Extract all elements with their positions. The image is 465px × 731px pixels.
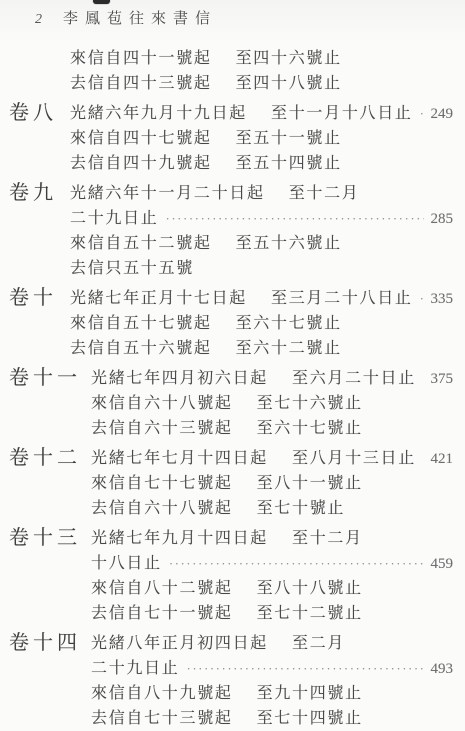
volume-label: 卷十 <box>9 286 57 311</box>
continuation-row: 二十九日止 ··································… <box>0 206 465 231</box>
entry-to-text: 至九十四號止 <box>257 681 363 706</box>
dot-leader: ······· <box>420 101 424 126</box>
scan-artifact <box>93 0 110 4</box>
date-range-end: 至八月十三日止 <box>292 446 416 471</box>
page-number: 375 <box>431 367 454 392</box>
volume-label: 卷十二 <box>9 446 81 471</box>
date-continuation-text: 二十九日止 <box>91 656 180 681</box>
entry-to-text: 至四十八號止 <box>236 71 342 96</box>
date-range-end: 至六月二十日止 <box>292 366 416 391</box>
detail-row: 來信自五十二號起 至五十六號止 <box>0 231 465 256</box>
date-range-start: 光緒七年四月初六日起 <box>91 366 268 391</box>
entry-to-text: 至八十一號止 <box>257 471 363 496</box>
volume-row: 卷十四 光緒八年正月初四日起 至二月 <box>0 631 465 656</box>
entry-to-text: 至六十二號止 <box>236 336 342 361</box>
detail-row: 來信自八十二號起 至八十八號止 <box>0 576 465 601</box>
volume-row: 卷十一 光緒七年四月初六日起 至六月二十日止 ······· 375 <box>0 366 465 391</box>
running-title: 李鳳苞往來書信 <box>63 7 217 28</box>
detail-row: 來信自四十七號起 至五十一號止 <box>0 126 465 151</box>
detail-row: 去信自五十六號起 至六十二號止 <box>0 336 465 361</box>
detail-row: 去信自四十九號起 至五十四號止 <box>0 151 465 176</box>
page-number: 493 <box>431 657 454 682</box>
entry-from-text: 去信自六十八號起 <box>91 496 233 521</box>
dot-leader: ······· <box>420 286 424 311</box>
detail-row: 去信自六十三號起 至六十七號止 <box>0 416 465 441</box>
scanned-toc-page: 2 李鳳苞往來書信 來信自四十一號起 至四十六號止 去信自四十三號起 至四十八號… <box>0 0 465 731</box>
continuation-row: 十八日止 ···································… <box>0 551 465 576</box>
entry-to-text: 至七十二號止 <box>257 601 363 626</box>
continuation-row: 二十九日止 ··································… <box>0 656 465 681</box>
date-range-end: 至三月二十八日止 <box>271 286 413 311</box>
volume-label: 卷十四 <box>9 631 81 656</box>
entry-from-text: 去信只五十五號 <box>70 256 194 281</box>
date-range-start: 光緒七年七月十四日起 <box>91 446 268 471</box>
entry-from-text: 去信自四十三號起 <box>70 71 212 96</box>
entry-to-text: 至七十四號止 <box>257 706 363 731</box>
entry-from-text: 去信自五十六號起 <box>70 336 212 361</box>
entry-from-text: 來信自八十九號起 <box>91 681 233 706</box>
dot-leader: ········································… <box>187 656 424 681</box>
entry-to-text: 至四十六號止 <box>236 46 342 71</box>
detail-row: 來信自八十九號起 至九十四號止 <box>0 681 465 706</box>
date-range-start: 光緒七年正月十七日起 <box>70 286 247 311</box>
volume-label: 卷九 <box>9 181 57 206</box>
entry-to-text: 至五十一號止 <box>236 126 342 151</box>
dot-leader: ······· <box>423 366 424 391</box>
entry-from-text: 來信自五十七號起 <box>70 311 212 336</box>
entry-from-text: 去信自七十三號起 <box>91 706 233 731</box>
page-number: 459 <box>431 552 454 577</box>
page-header: 2 李鳳苞往來書信 <box>0 7 465 29</box>
volume-row: 卷八 光緒六年九月十九日起 至十一月十八日止 ······· 249 <box>0 101 465 126</box>
entry-from-text: 來信自六十八號起 <box>91 391 233 416</box>
volume-label: 卷十一 <box>9 366 81 391</box>
pre-entry-row: 來信自四十一號起 至四十六號止 <box>0 46 465 71</box>
entry-to-text: 至八十八號止 <box>257 576 363 601</box>
detail-row: 去信自六十八號起 至七十號止 <box>0 496 465 521</box>
volume-row: 卷十三 光緒七年九月十四日起 至十二月 <box>0 526 465 551</box>
entry-to-text: 至五十六號止 <box>236 231 342 256</box>
entry-to-text: 至六十七號止 <box>236 311 342 336</box>
detail-row: 來信自六十八號起 至七十六號止 <box>0 391 465 416</box>
volume-row: 卷十 光緒七年正月十七日起 至三月二十八日止 ······· 335 <box>0 286 465 311</box>
entry-from-text: 來信自八十二號起 <box>91 576 233 601</box>
folio-number: 2 <box>35 12 42 28</box>
volume-row: 卷九 光緒六年十一月二十日起 至十二月 <box>0 181 465 206</box>
dot-leader: ········································… <box>169 551 424 576</box>
date-continuation-text: 十八日止 <box>91 551 162 576</box>
volume-label: 卷十三 <box>9 526 81 551</box>
detail-row: 來信自七十七號起 至八十一號止 <box>0 471 465 496</box>
entry-to-text: 至七十號止 <box>257 496 346 521</box>
detail-row: 去信自七十一號起 至七十二號止 <box>0 601 465 626</box>
pre-entry-row: 去信自四十三號起 至四十八號止 <box>0 71 465 96</box>
entry-from-text: 來信自四十七號起 <box>70 126 212 151</box>
detail-row: 去信只五十五號 <box>0 256 465 281</box>
entry-to-text: 至五十四號止 <box>236 151 342 176</box>
date-range-start: 光緒六年十一月二十日起 <box>70 181 265 206</box>
date-range-end: 至二月 <box>292 631 345 656</box>
date-range-end: 至十二月 <box>289 181 360 206</box>
entry-to-text: 至六十七號止 <box>257 416 363 441</box>
detail-row: 來信自五十七號起 至六十七號止 <box>0 311 465 336</box>
entry-from-text: 去信自六十三號起 <box>91 416 233 441</box>
dot-leader: ········································… <box>166 206 424 231</box>
dot-leader: ······· <box>423 446 424 471</box>
volume-label: 卷八 <box>9 101 57 126</box>
entry-from-text: 來信自五十二號起 <box>70 231 212 256</box>
page-number: 421 <box>431 447 454 472</box>
volume-row: 卷十二 光緒七年七月十四日起 至八月十三日止 ······· 421 <box>0 446 465 471</box>
entry-from-text: 來信自七十七號起 <box>91 471 233 496</box>
page-number: 249 <box>431 102 454 127</box>
date-range-end: 至十一月十八日止 <box>271 101 413 126</box>
date-range-end: 至十二月 <box>292 526 363 551</box>
detail-row: 去信自七十三號起 至七十四號止 <box>0 706 465 731</box>
entry-from-text: 去信自七十一號起 <box>91 601 233 626</box>
date-range-start: 光緒六年九月十九日起 <box>70 101 247 126</box>
date-range-start: 光緒七年九月十四日起 <box>91 526 268 551</box>
entry-from-text: 去信自四十九號起 <box>70 151 212 176</box>
page-number: 285 <box>431 207 454 232</box>
page-number: 335 <box>431 287 454 312</box>
toc-body: 來信自四十一號起 至四十六號止 去信自四十三號起 至四十八號止 卷八 光緒六年九… <box>0 46 465 731</box>
date-continuation-text: 二十九日止 <box>70 206 159 231</box>
entry-from-text: 來信自四十一號起 <box>70 46 212 71</box>
entry-to-text: 至七十六號止 <box>257 391 363 416</box>
date-range-start: 光緒八年正月初四日起 <box>91 631 268 656</box>
